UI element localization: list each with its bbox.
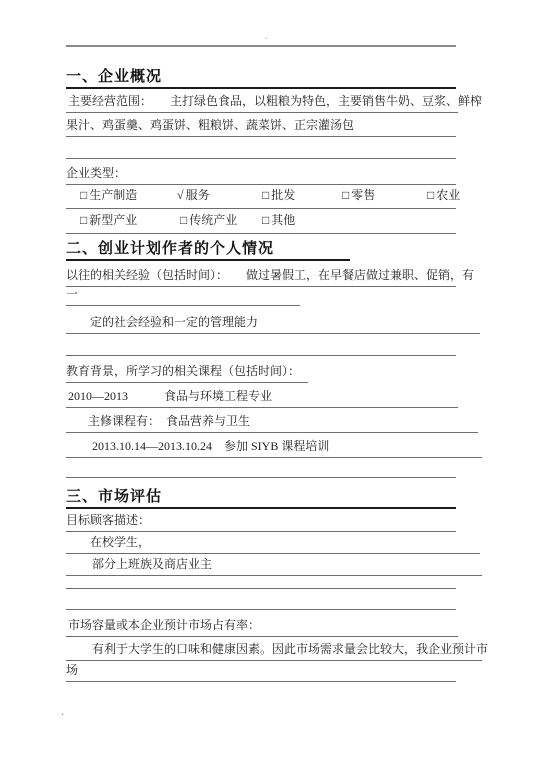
field-business-scope-line1: 主要经营范围： 主打绿色食品，以粗粮为特色，主要销售牛奶、豆浆、鲜榨 bbox=[66, 91, 458, 113]
page-artifact-dot-top: . bbox=[265, 31, 268, 42]
field-market-share-line2: 场 bbox=[66, 660, 456, 682]
section-heading-author-personal-info: 二、创业计划作者的个人情况 bbox=[66, 238, 350, 261]
checkbox-label: 其他 bbox=[271, 213, 295, 227]
field-market-share-label: 市场容量或本企业预计市场占有率： bbox=[66, 615, 458, 637]
checkbox-icon[interactable]: □ bbox=[262, 210, 269, 231]
field-experience-line3: 定的社会经验和一定的管理能力 bbox=[66, 312, 480, 334]
blank-line bbox=[66, 137, 456, 159]
field-education-line1: 2010—2013 食品与环境工程专业 bbox=[66, 386, 458, 408]
checkbox-icon[interactable]: □ bbox=[80, 185, 87, 206]
checkbox-icon[interactable]: □ bbox=[180, 210, 187, 231]
checkbox-option-retail[interactable]: □零售 bbox=[342, 185, 375, 206]
enterprise-type-options-row2: □新型产业 □传统产业 □其他 bbox=[66, 212, 456, 234]
top-rule bbox=[66, 45, 456, 47]
checkbox-label: 批发 bbox=[271, 188, 295, 202]
enterprise-type-options-row1: □生产制造 √ 服务 □批发 □零售 □农业 bbox=[66, 187, 456, 209]
checkmark-icon[interactable]: √ bbox=[177, 185, 184, 206]
blank-line bbox=[66, 588, 456, 610]
field-target-customer-label: 目标顾客描述： bbox=[66, 510, 456, 532]
field-market-share-line1: 有利于大学生的口味和健康因素。因此市场需求量会比较大，我企业预计市 bbox=[66, 639, 482, 661]
checkbox-label: 零售 bbox=[351, 188, 375, 202]
checkbox-icon[interactable]: □ bbox=[427, 185, 434, 206]
checkbox-icon[interactable]: □ bbox=[80, 210, 87, 231]
blank-line bbox=[66, 334, 456, 356]
section-heading-company-overview: 一、企业概况 bbox=[66, 66, 456, 89]
field-education-label: 教育背景，所学习的相关课程（包括时间）： bbox=[66, 361, 308, 383]
field-enterprise-type-label: 企业类型： bbox=[66, 163, 456, 185]
checkbox-option-agriculture[interactable]: □农业 bbox=[427, 185, 460, 206]
blank-line bbox=[66, 567, 456, 589]
checkbox-label: 传统产业 bbox=[189, 213, 237, 227]
field-target-customer-line1: 在校学生， bbox=[66, 532, 480, 554]
field-education-line3: 2013.10.14—2013.10.24 参加 SIYB 课程培训 bbox=[66, 436, 482, 458]
blank-line bbox=[66, 456, 456, 478]
checkbox-option-manufacturing[interactable]: □生产制造 bbox=[80, 185, 137, 206]
page-artifact-dot-bottom: . bbox=[61, 706, 64, 718]
section-heading-market-evaluation: 三、市场评估 bbox=[66, 486, 456, 509]
checkbox-option-new-industry[interactable]: □新型产业 bbox=[80, 210, 137, 231]
checkbox-label: 农业 bbox=[436, 188, 460, 202]
checkbox-option-other[interactable]: □其他 bbox=[262, 210, 295, 231]
field-education-line2: 主修课程有： 食品营养与卫生 bbox=[66, 411, 478, 433]
checkbox-option-traditional-industry[interactable]: □传统产业 bbox=[180, 210, 237, 231]
checkbox-option-service[interactable]: √ 服务 bbox=[177, 185, 210, 206]
checkbox-label: 服务 bbox=[186, 188, 210, 202]
field-experience-line2: 一 bbox=[66, 284, 300, 306]
checkbox-option-wholesale[interactable]: □批发 bbox=[262, 185, 295, 206]
checkbox-label: 生产制造 bbox=[89, 188, 137, 202]
checkbox-icon[interactable]: □ bbox=[262, 185, 269, 206]
field-business-scope-line2: 果汁、鸡蛋羹、鸡蛋饼、粗粮饼、蔬菜饼、正宗灌汤包 bbox=[66, 115, 456, 137]
checkbox-label: 新型产业 bbox=[89, 213, 137, 227]
checkbox-icon[interactable]: □ bbox=[342, 185, 349, 206]
document-page: . 一、企业概况 主要经营范围： 主打绿色食品，以粗粮为特色，主要销售牛奶、豆浆… bbox=[0, 0, 540, 762]
